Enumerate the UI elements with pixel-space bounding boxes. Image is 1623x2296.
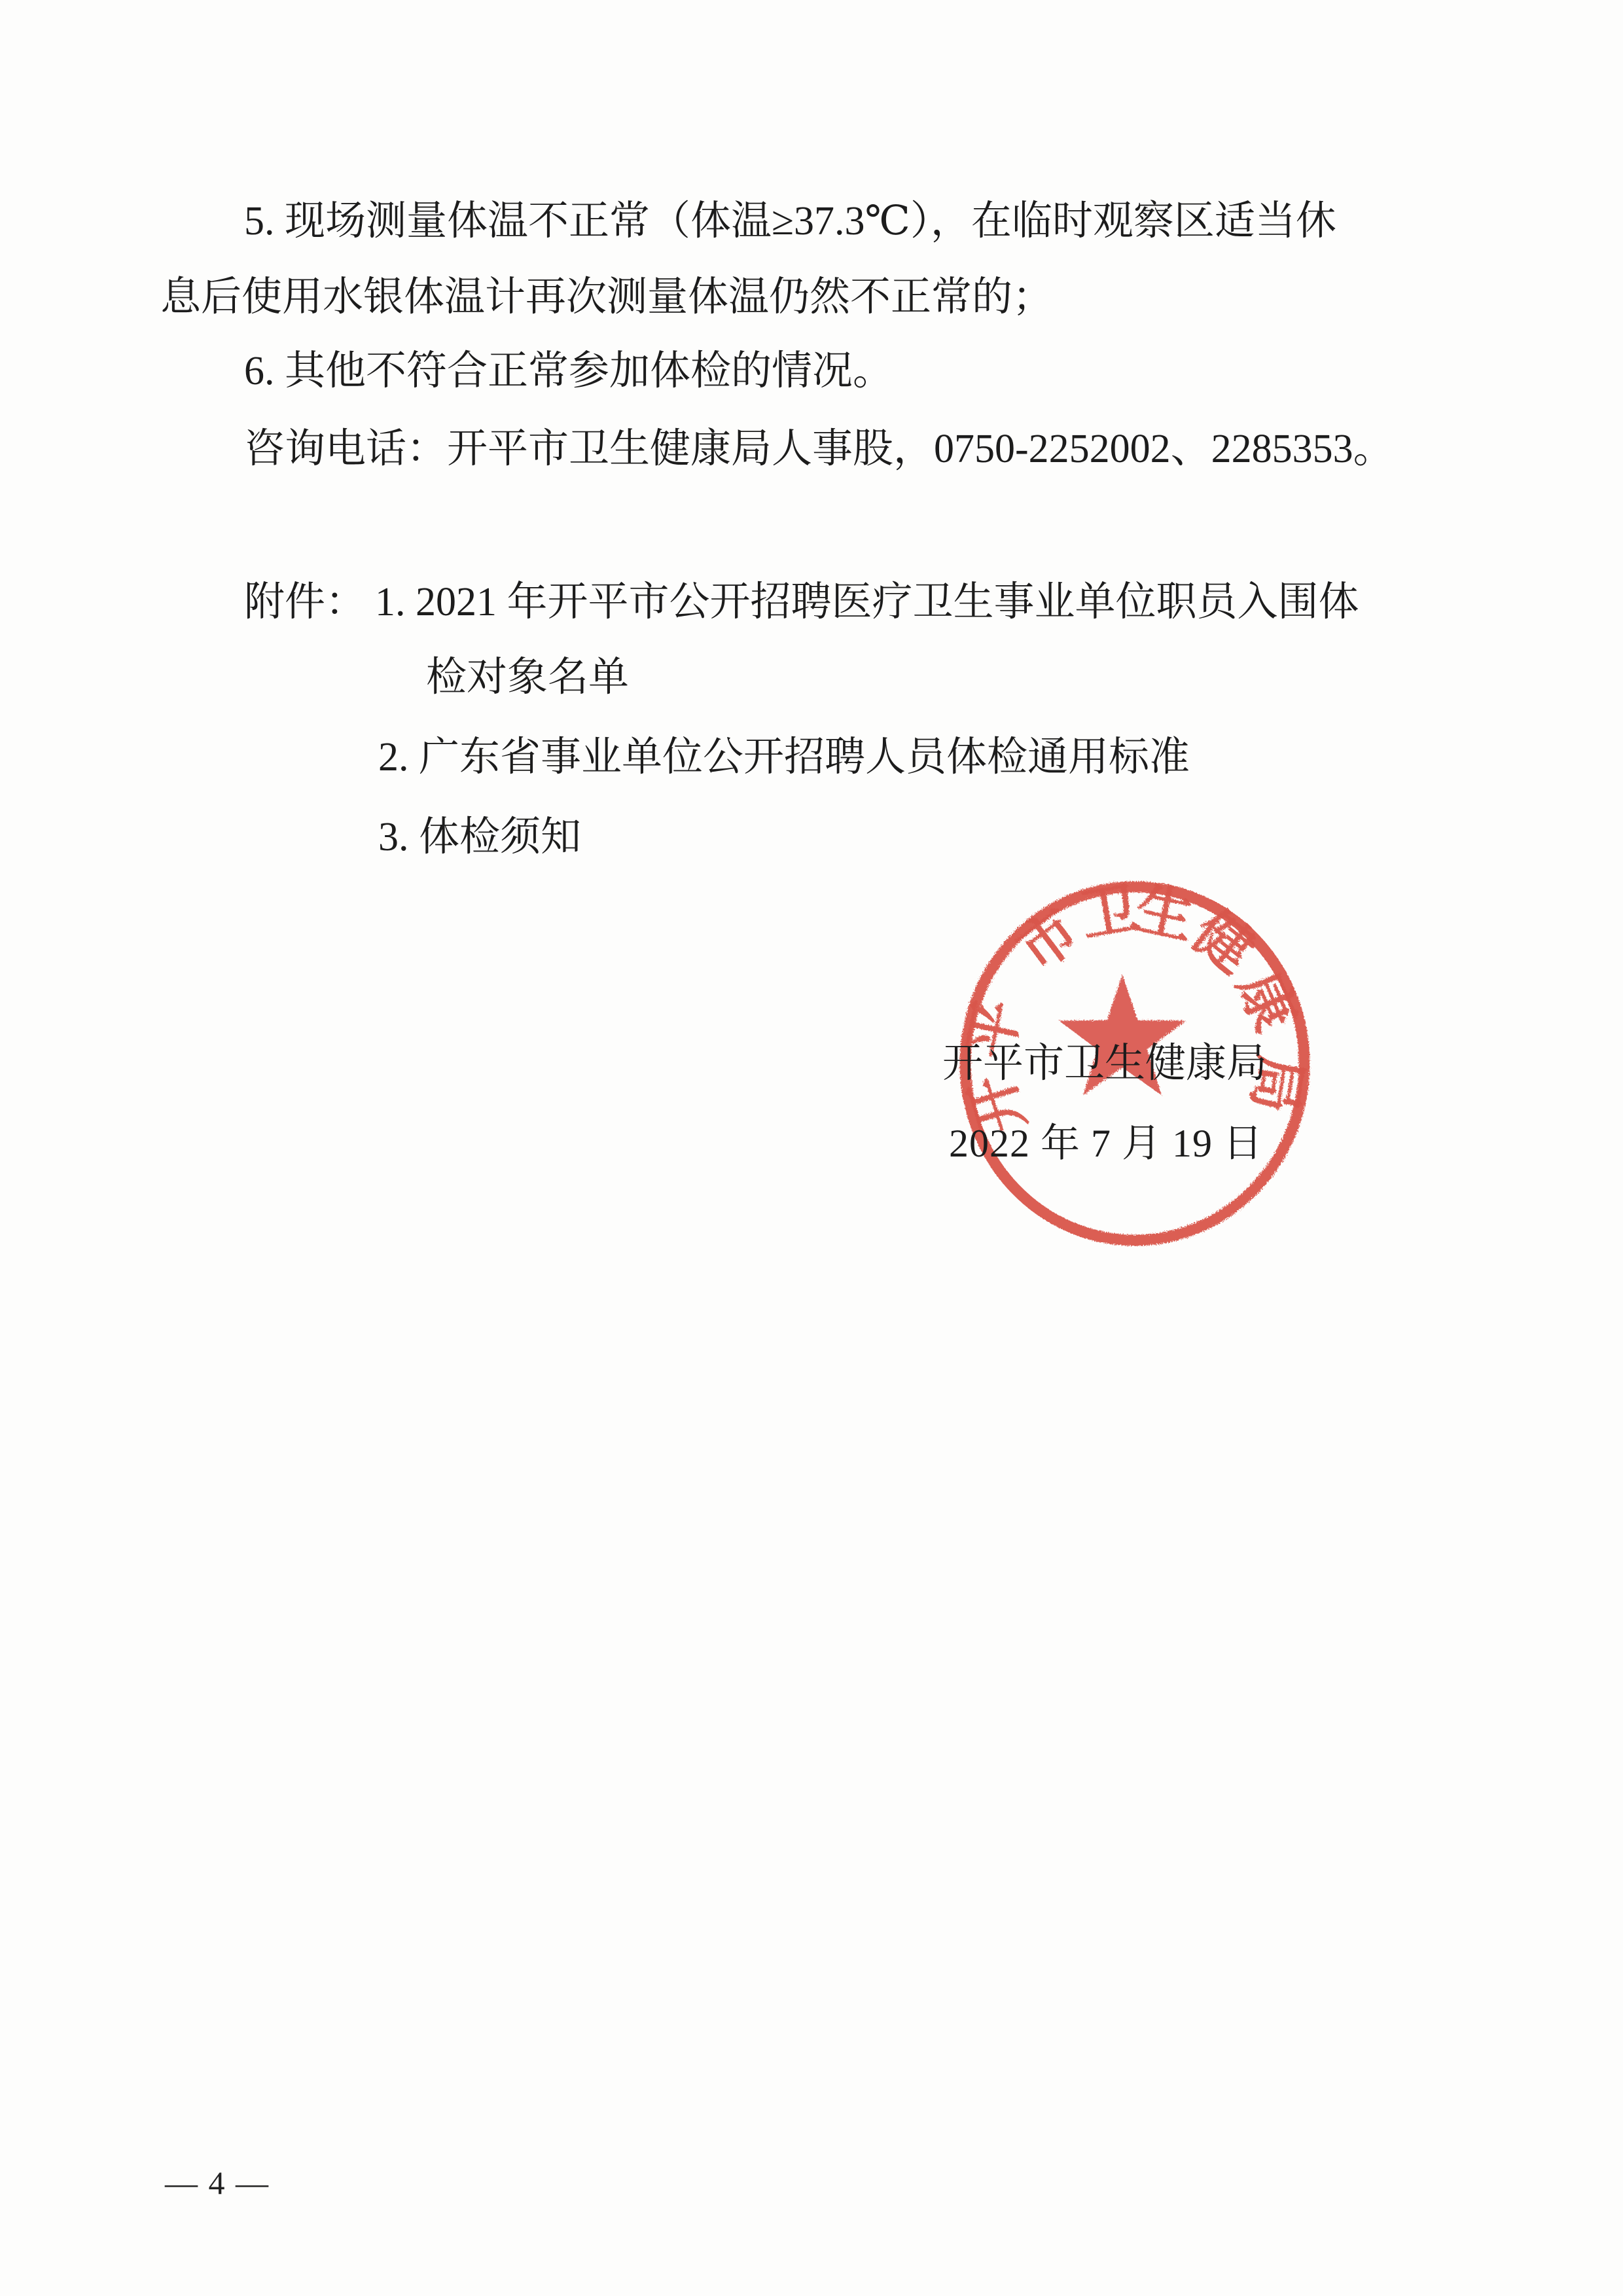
attachment-item-1: 附件：1. 2021 年开平市公开招聘医疗卫生事业单位职员入围体 <box>244 579 1359 625</box>
signature-date: 2022 年 7 月 19 日 <box>949 1121 1263 1166</box>
attachment-item-1-text: 1. 2021 年开平市公开招聘医疗卫生事业单位职员入围体 <box>375 580 1359 624</box>
document-page: 开 平 市 卫 生 健 康 局 5. 现场测量体温不正常（体温≥37.3℃），在… <box>0 0 1623 2296</box>
body-para5-line2: 息后使用水银体温计再次测量体温仍然不正常的； <box>160 274 1053 320</box>
signature-org-name: 开平市卫生健康局 <box>942 1041 1267 1086</box>
attachment-item-2: 2. 广东省事业单位公开招聘人员体检通用标准 <box>378 734 1190 780</box>
body-para5-line1: 5. 现场测量体温不正常（体温≥37.3℃），在临时观察区适当休 <box>244 198 1336 244</box>
body-contact-line: 咨询电话：开平市卫生健康局人事股，0750-2252002、2285353。 <box>244 426 1394 472</box>
attachment-item-1-continuation: 检对象名单 <box>426 655 629 700</box>
seal-ring-char: 康 <box>1226 963 1307 1041</box>
attachments-label: 附件： <box>244 580 366 624</box>
body-para6: 6. 其他不符合正常参加体检的情况。 <box>244 348 893 394</box>
attachment-item-3: 3. 体检须知 <box>378 814 581 860</box>
page-number: — 4 — <box>165 2160 270 2206</box>
seal-ring-char: 市 <box>1007 899 1091 984</box>
